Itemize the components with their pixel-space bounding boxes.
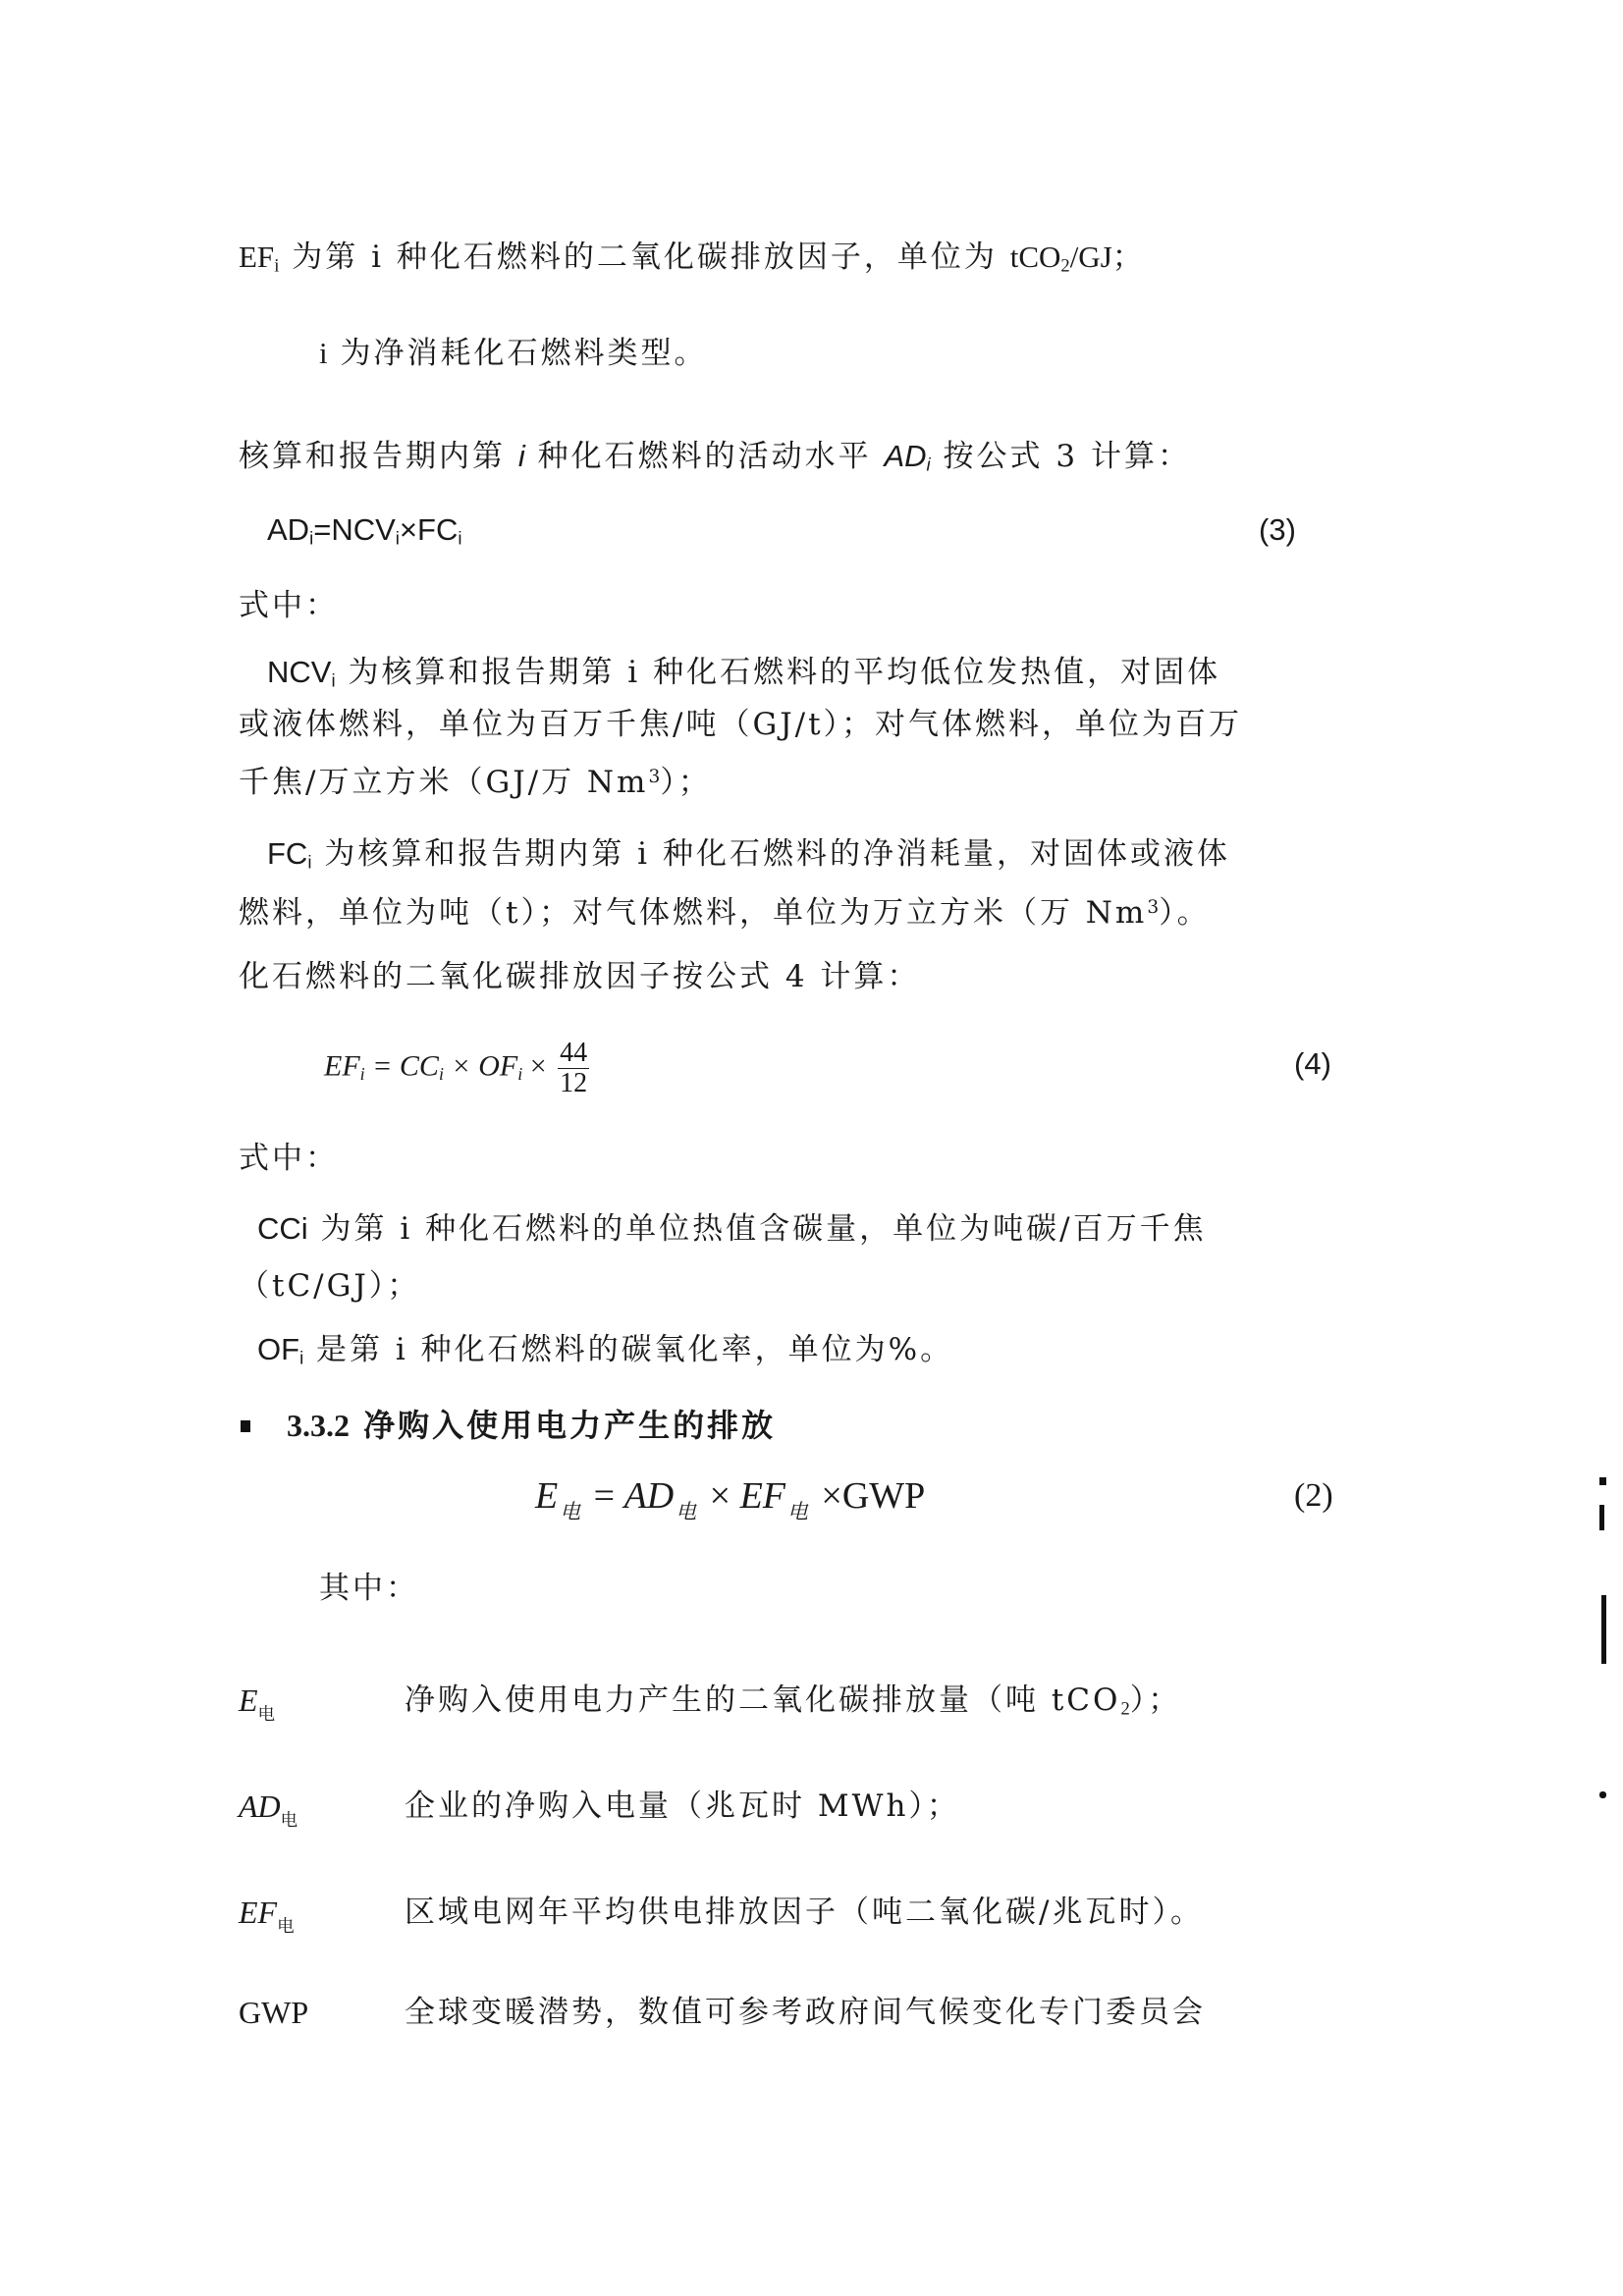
fraction-44-12: 4412 bbox=[558, 1039, 589, 1098]
term-ad-electric: AD电 bbox=[239, 1787, 298, 1840]
term-gwp: GWP bbox=[239, 1993, 308, 2032]
def-text: 为第 i 种化石燃料的二氧化碳排放因子，单位为 bbox=[292, 240, 1009, 275]
def-ncv-line2: 或液体燃料，单位为百万千焦/吨（GJ/t）；对气体燃料，单位为百万 bbox=[239, 705, 1242, 744]
ef-intro: 化石燃料的二氧化碳排放因子按公式 4 计算： bbox=[239, 957, 920, 996]
section-heading: 3.3.2 净购入使用电力产生的排放 bbox=[287, 1406, 776, 1445]
term-ef-electric: EF电 bbox=[239, 1893, 295, 1946]
where-label-1: 式中： bbox=[239, 586, 339, 625]
def-ncv-line3: 千焦/万立方米（GJ/万 Nm3）； bbox=[239, 758, 712, 802]
def-ad-electric: 企业的净购入电量（兆瓦时 MWh）； bbox=[405, 1787, 960, 1826]
def-cc-line2: （tC/GJ）； bbox=[239, 1266, 420, 1306]
def-ef-electric: 区域电网年平均供电排放因子（吨二氧化碳/兆瓦时）。 bbox=[405, 1893, 1204, 1932]
equation-number-3: (3) bbox=[1259, 510, 1296, 550]
scan-artifact bbox=[1601, 1595, 1606, 1664]
where-label-2: 式中： bbox=[239, 1139, 339, 1178]
bullet-icon bbox=[241, 1420, 250, 1432]
equation-3: ADi=NCVi×FCi bbox=[267, 510, 462, 559]
activity-intro: 核算和报告期内第 i 种化石燃料的活动水平 ADi 按公式 3 计算： bbox=[239, 437, 1191, 485]
def-cc-line1: CCi 为第 i 种化石燃料的单位热值含碳量，单位为吨碳/百万千焦 bbox=[257, 1209, 1207, 1249]
def-ef-i: EFi 为第 i 种化石燃料的二氧化碳排放因子，单位为 tCO2/GJ； bbox=[239, 238, 1143, 287]
equation-number-2: (2) bbox=[1294, 1476, 1333, 1516]
def-ncv-line1: NCVi 为核算和报告期第 i 种化石燃料的平均低位发热值，对固体 bbox=[267, 653, 1220, 701]
def-gwp: 全球变暖潜势，数值可参考政府间气候变化专门委员会 bbox=[405, 1993, 1206, 2032]
scan-artifact bbox=[1599, 1477, 1606, 1485]
where-label-3: 其中： bbox=[319, 1569, 419, 1608]
scan-artifact bbox=[1599, 1505, 1604, 1530]
equation-2: E电 = AD电 × EF电 ×GWP bbox=[535, 1472, 925, 1535]
def-e-electric: 净购入使用电力产生的二氧化碳排放量（吨 tCO2）； bbox=[405, 1681, 1181, 1730]
def-of: OFi 是第 i 种化石燃料的碳氧化率，单位为%。 bbox=[257, 1330, 953, 1378]
term-ef: EF bbox=[239, 240, 274, 274]
def-i: i 为净消耗化石燃料类型。 bbox=[319, 334, 707, 373]
def-fc-line1: FCi 为核算和报告期内第 i 种化石燃料的净消耗量，对固体或液体 bbox=[267, 834, 1230, 882]
scan-artifact bbox=[1599, 1791, 1606, 1798]
def-fc-line2: 燃料，单位为吨（t）；对气体燃料，单位为万立方米（万 Nm3）。 bbox=[239, 888, 1211, 933]
equation-4: EFi = CCi × OFi × 4412 bbox=[324, 1039, 589, 1098]
equation-number-4: (4) bbox=[1294, 1044, 1331, 1084]
term-e-electric: E电 bbox=[239, 1681, 275, 1734]
